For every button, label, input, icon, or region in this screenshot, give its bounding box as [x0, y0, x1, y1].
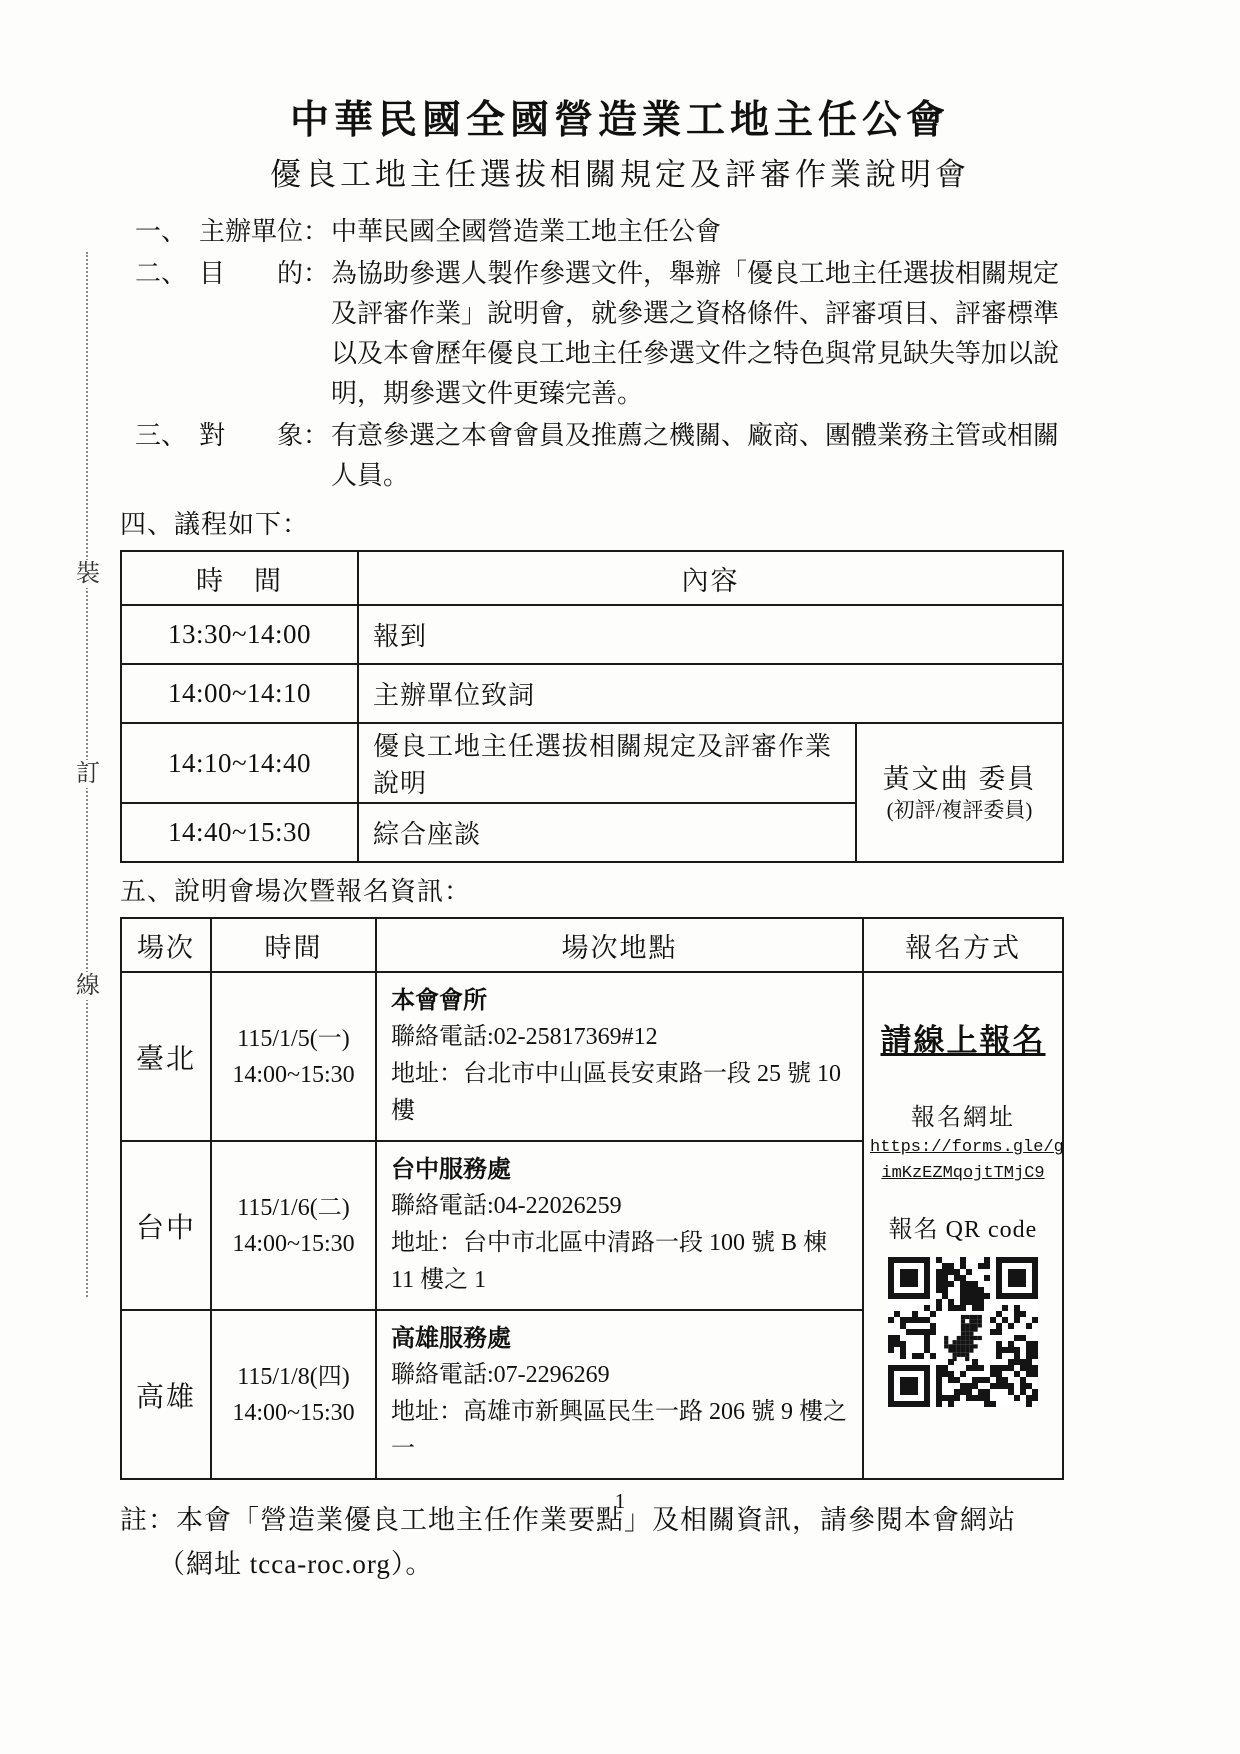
session-row-taipei: 臺北 115/1/5(一) 14:00~15:30 本會會所 聯絡電話:02-2…: [121, 972, 1063, 1141]
session-city: 台中: [121, 1141, 211, 1310]
session-city: 臺北: [121, 972, 211, 1141]
venue-name: 本會會所: [391, 983, 852, 1019]
agenda-time: 14:40~15:30: [121, 803, 358, 862]
agenda-header-content: 內容: [358, 551, 1063, 605]
agenda-row-checkin: 13:30~14:00 報到: [121, 605, 1063, 664]
registration-url-line2[interactable]: imKzEZMqojtTMjC9: [870, 1161, 1056, 1187]
venue-phone: 聯絡電話:04-22026259: [391, 1188, 852, 1225]
agenda-time: 13:30~14:00: [121, 605, 358, 664]
venue-name: 高雄服務處: [391, 1321, 852, 1357]
item-number: 一、: [135, 212, 199, 252]
agenda-time: 14:10~14:40: [121, 723, 358, 803]
venue-address: 地址：台北市中山區長安東路一段 25 號 10 樓: [391, 1056, 852, 1130]
binding-mark-bottom: 線: [74, 972, 102, 1000]
venue-phone: 聯絡電話:02-25817369#12: [391, 1019, 852, 1056]
session-location: 本會會所 聯絡電話:02-25817369#12 地址：台北市中山區長安東路一段…: [376, 972, 863, 1141]
agenda-content: 優良工地主任選拔相關規定及評審作業說明: [358, 723, 856, 803]
item-content: 為協助參選人製作參選文件，舉辦「優良工地主任選拔相關規定及評審作業」說明會，就參…: [331, 254, 1062, 414]
venue-address: 地址：台中市北區中清路一段 100 號 B 棟 11 樓之 1: [391, 1225, 852, 1299]
sessions-header-time: 時間: [211, 918, 376, 972]
document-subtitle: 優良工地主任選拔相關規定及評審作業說明會: [0, 154, 1240, 196]
item-number: 三、: [135, 416, 199, 496]
sessions-heading: 五、說明會場次暨報名資訊：: [120, 873, 1240, 911]
session-location: 高雄服務處 聯絡電話:07-2296269 地址：高雄市新興區民生一路 206 …: [376, 1310, 863, 1479]
item-label: 目 的：: [199, 254, 331, 414]
speaker-name: 黃文曲 委員: [863, 762, 1056, 796]
item-content: 有意參選之本會會員及推薦之機關、廠商、團體業務主管或相關人員。: [331, 416, 1062, 496]
session-location: 台中服務處 聯絡電話:04-22026259 地址：台中市北區中清路一段 100…: [376, 1141, 863, 1310]
session-hours: 14:00~15:30: [218, 1226, 369, 1262]
agenda-heading: 四、議程如下：: [120, 506, 1240, 544]
session-time: 115/1/6(二) 14:00~15:30: [211, 1141, 376, 1310]
sessions-header-location: 場次地點: [376, 918, 863, 972]
page-number: 1: [0, 1489, 1240, 1514]
venue-address: 地址：高雄市新興區民生一路 206 號 9 樓之一: [391, 1394, 852, 1468]
agenda-content: 綜合座談: [358, 803, 856, 862]
sessions-header-registration: 報名方式: [863, 918, 1063, 972]
sessions-header-session: 場次: [121, 918, 211, 972]
session-time: 115/1/8(四) 14:00~15:30: [211, 1310, 376, 1479]
document-title: 中華民國全國營造業工地主任公會: [0, 96, 1240, 146]
item-label: 主辦單位：: [199, 212, 331, 252]
agenda-header-time: 時 間: [121, 551, 358, 605]
session-time: 115/1/5(一) 14:00~15:30: [211, 972, 376, 1141]
agenda-row-opening: 14:00~14:10 主辦單位致詞: [121, 664, 1063, 723]
agenda-header-row: 時 間 內容: [121, 551, 1063, 605]
sessions-header-row: 場次 時間 場次地點 報名方式: [121, 918, 1063, 972]
agenda-table: 時 間 內容 13:30~14:00 報到 14:00~14:10 主辦單位致詞…: [120, 550, 1064, 863]
footnote-line2: （網址 tcca-roc.org）。: [158, 1542, 1160, 1586]
registration-url-link[interactable]: https://forms.gle/g imKzEZMqojtTMjC9: [870, 1135, 1056, 1187]
binding-mark-top: 裝: [74, 560, 102, 588]
qr-code-label: 報名 QR code: [870, 1213, 1056, 1247]
registration-url-label: 報名網址: [870, 1101, 1056, 1135]
agenda-time: 14:00~14:10: [121, 664, 358, 723]
speaker-role: (初評/複評委員): [863, 796, 1056, 824]
agenda-content: 主辦單位致詞: [358, 664, 1063, 723]
item-label: 對 象：: [199, 416, 331, 496]
sessions-table: 場次 時間 場次地點 報名方式 臺北 115/1/5(一) 14:00~15:3…: [120, 917, 1064, 1480]
session-date: 115/1/5(一): [218, 1021, 369, 1057]
venue-name: 台中服務處: [391, 1152, 852, 1188]
item-organizer: 一、 主辦單位： 中華民國全國營造業工地主任公會: [135, 212, 1062, 252]
speaker-cell: 黃文曲 委員 (初評/複評委員): [856, 723, 1063, 862]
item-purpose: 二、 目 的： 為協助參選人製作參選文件，舉辦「優良工地主任選拔相關規定及評審作…: [135, 254, 1062, 414]
qr-code: [888, 1257, 1038, 1407]
agenda-content: 報到: [358, 605, 1063, 664]
session-hours: 14:00~15:30: [218, 1395, 369, 1431]
agenda-row-briefing: 14:10~14:40 優良工地主任選拔相關規定及評審作業說明 黃文曲 委員 (…: [121, 723, 1063, 803]
venue-phone: 聯絡電話:07-2296269: [391, 1357, 852, 1394]
document-page: 裝 訂 線 中華民國全國營造業工地主任公會 優良工地主任選拔相關規定及評審作業說…: [0, 0, 1240, 1754]
numbered-items: 一、 主辦單位： 中華民國全國營造業工地主任公會 二、 目 的： 為協助參選人製…: [135, 212, 1062, 496]
session-date: 115/1/8(四): [218, 1359, 369, 1395]
online-registration-cta: 請線上報名: [870, 1021, 1056, 1061]
registration-cell: 請線上報名 報名網址 https://forms.gle/g imKzEZMqo…: [863, 972, 1063, 1479]
binding-mark-middle: 訂: [74, 760, 102, 788]
item-audience: 三、 對 象： 有意參選之本會會員及推薦之機關、廠商、團體業務主管或相關人員。: [135, 416, 1062, 496]
session-date: 115/1/6(二): [218, 1190, 369, 1226]
session-hours: 14:00~15:30: [218, 1057, 369, 1093]
registration-url-line1[interactable]: https://forms.gle/g: [870, 1135, 1056, 1161]
item-number: 二、: [135, 254, 199, 414]
session-city: 高雄: [121, 1310, 211, 1479]
item-content: 中華民國全國營造業工地主任公會: [331, 212, 1062, 252]
